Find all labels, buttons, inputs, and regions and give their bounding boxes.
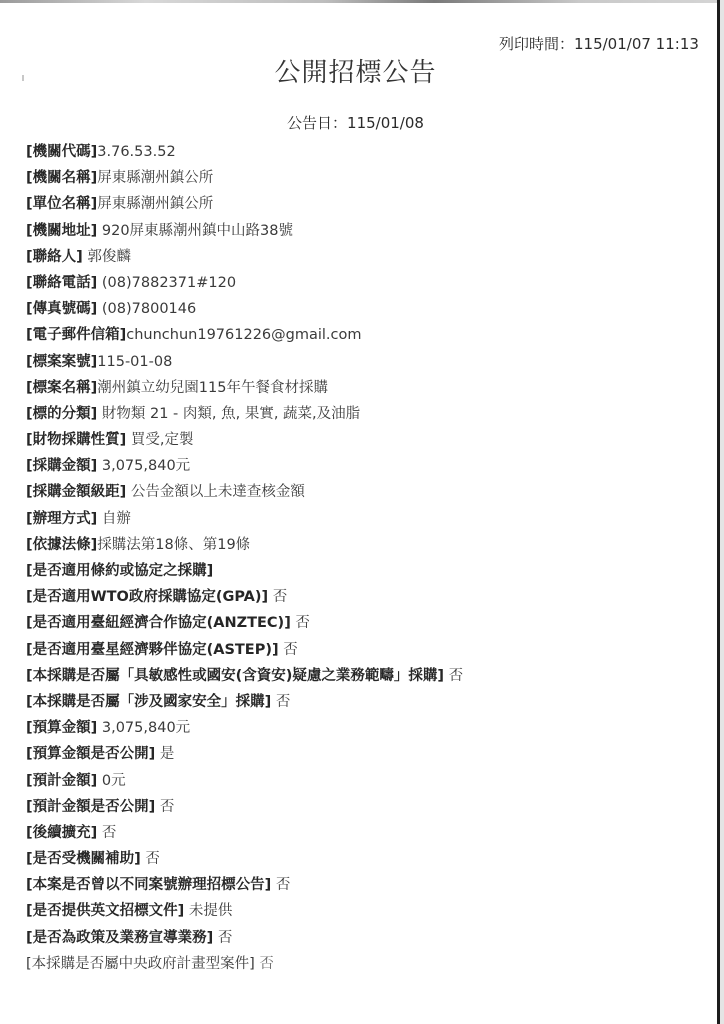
field-value: 否: [268, 589, 287, 605]
field-estimated-amount: [預計金額] 0元: [26, 770, 463, 796]
field-contact-phone: [聯絡電話] (08)7882371#120: [26, 272, 463, 298]
field-value: 潮州鎮立幼兒園115年午餐食材採購: [97, 380, 328, 396]
field-english-documents: [是否提供英文招標文件] 未提供: [26, 900, 463, 926]
field-label: [標的分類]: [26, 406, 97, 422]
field-value: 否: [255, 956, 274, 972]
field-label: [是否提供英文招標文件]: [26, 903, 184, 919]
field-value: 否: [271, 694, 290, 710]
print-time: 列印時間：115/01/07 11:13: [499, 33, 699, 54]
field-treaty-applicable: [是否適用條約或協定之採購]: [26, 560, 463, 586]
field-value: 屏東縣潮州鎮公所: [97, 170, 213, 186]
field-value: 否: [271, 877, 290, 893]
field-value: (08)7800146: [97, 301, 196, 317]
field-value: 買受,定製: [126, 432, 193, 448]
field-label: [本採購是否屬「涉及國家安全」採購]: [26, 694, 271, 710]
field-future-expansion: [後續擴充] 否: [26, 822, 463, 848]
field-value: 否: [279, 642, 298, 658]
field-label: [財物採購性質]: [26, 432, 126, 448]
field-agency-address: [機關地址] 920屏東縣潮州鎮中山路38號: [26, 220, 463, 246]
announce-date: 公告日：115/01/08: [0, 112, 711, 133]
field-policy-promotion: [是否為政策及業務宣導業務] 否: [26, 927, 463, 953]
field-value: 郭俊麟: [83, 249, 131, 265]
field-value: 財物類 21 - 肉類, 魚, 果實, 蔬菜,及油脂: [97, 406, 360, 422]
field-value: 否: [155, 799, 174, 815]
field-label: [標案案號]: [26, 354, 97, 370]
field-label: [本案是否曾以不同案號辦理招標公告]: [26, 877, 271, 893]
field-label: [預計金額]: [26, 773, 97, 789]
field-label: [機關名稱]: [26, 170, 97, 186]
field-value: 115-01-08: [97, 354, 172, 370]
field-label: [單位名稱]: [26, 196, 97, 212]
field-estimated-public: [預計金額是否公開] 否: [26, 796, 463, 822]
tender-field-list: [機關代碼]3.76.53.52 [機關名稱]屏東縣潮州鎮公所 [單位名稱]屏東…: [26, 141, 463, 979]
field-value: 否: [97, 825, 116, 841]
field-value: 公告金額以上未達查核金額: [126, 484, 305, 500]
field-label: [採購金額級距]: [26, 484, 126, 500]
field-value: chunchun19761226@gmail.com: [126, 327, 361, 343]
field-fax-number: [傳真號碼] (08)7800146: [26, 298, 463, 324]
field-label: [是否為政策及業務宣導業務]: [26, 930, 213, 946]
field-amount-tier: [採購金額級距] 公告金額以上未達查核金額: [26, 481, 463, 507]
field-national-security: [本採購是否屬「涉及國家安全」採購] 否: [26, 691, 463, 717]
field-value: 0元: [97, 773, 125, 789]
field-case-name: [標案名稱]潮州鎮立幼兒園115年午餐食材採購: [26, 377, 463, 403]
field-anztec: [是否適用臺紐經濟合作協定(ANZTEC)] 否: [26, 612, 463, 638]
field-value: 3.76.53.52: [97, 144, 175, 160]
field-value: 920屏東縣潮州鎮中山路38號: [97, 223, 293, 239]
field-prior-tender-other-case: [本案是否曾以不同案號辦理招標公告] 否: [26, 874, 463, 900]
field-budget-public: [預算金額是否公開] 是: [26, 743, 463, 769]
field-wto-gpa: [是否適用WTO政府採購協定(GPA)] 否: [26, 586, 463, 612]
field-label: [是否適用臺紐經濟合作協定(ANZTEC)]: [26, 615, 291, 631]
scan-right-margin: [720, 0, 724, 1024]
field-subject-category: [標的分類] 財物類 21 - 肉類, 魚, 果實, 蔬菜,及油脂: [26, 403, 463, 429]
field-label: [傳真號碼]: [26, 301, 97, 317]
field-agency-subsidy: [是否受機關補助] 否: [26, 848, 463, 874]
field-procurement-amount: [採購金額] 3,075,840元: [26, 455, 463, 481]
field-label: [後續擴充]: [26, 825, 97, 841]
field-label: [是否受機關補助]: [26, 851, 141, 867]
field-value: 採購法第18條、第19條: [97, 537, 250, 553]
field-value: 3,075,840元: [97, 458, 190, 474]
field-label: [預算金額]: [26, 720, 97, 736]
field-value: 3,075,840元: [97, 720, 190, 736]
field-budget-amount: [預算金額] 3,075,840元: [26, 717, 463, 743]
field-label: [標案名稱]: [26, 380, 97, 396]
field-value: 自辦: [97, 511, 131, 527]
field-handling-method: [辦理方式] 自辦: [26, 508, 463, 534]
field-contact-person: [聯絡人] 郭俊麟: [26, 246, 463, 272]
field-value: 是: [155, 746, 174, 762]
field-value: 否: [444, 668, 463, 684]
field-value: 未提供: [184, 903, 232, 919]
field-procurement-nature: [財物採購性質] 買受,定製: [26, 429, 463, 455]
field-legal-basis: [依據法條]採購法第18條、第19條: [26, 534, 463, 560]
field-label: [是否適用條約或協定之採購]: [26, 563, 213, 579]
field-label: [辦理方式]: [26, 511, 97, 527]
field-astep: [是否適用臺星經濟夥伴協定(ASTEP)] 否: [26, 639, 463, 665]
field-label: [依據法條]: [26, 537, 97, 553]
field-sensitive-security: [本採購是否屬「具敏感性或國安(含資安)疑慮之業務範疇」採購] 否: [26, 665, 463, 691]
scan-top-shadow: [0, 0, 724, 3]
field-value: (08)7882371#120: [97, 275, 236, 291]
page-title: 公開招標公告: [0, 52, 711, 89]
field-agency-name: [機關名稱]屏東縣潮州鎮公所: [26, 167, 463, 193]
field-label: [聯絡人]: [26, 249, 83, 265]
field-label: [聯絡電話]: [26, 275, 97, 291]
field-central-gov-project: [本採購是否屬中央政府計畫型案件] 否: [26, 953, 463, 979]
field-value: 否: [213, 930, 232, 946]
field-value: 否: [141, 851, 160, 867]
field-label: [是否適用WTO政府採購協定(GPA)]: [26, 589, 268, 605]
field-value: 否: [291, 615, 310, 631]
field-label: [預計金額是否公開]: [26, 799, 155, 815]
field-value: 屏東縣潮州鎮公所: [97, 196, 213, 212]
field-label: [本採購是否屬中央政府計畫型案件]: [26, 956, 255, 972]
field-label: [是否適用臺星經濟夥伴協定(ASTEP)]: [26, 642, 279, 658]
field-label: [機關地址]: [26, 223, 97, 239]
field-agency-code: [機關代碼]3.76.53.52: [26, 141, 463, 167]
field-case-number: [標案案號]115-01-08: [26, 351, 463, 377]
field-label: [採購金額]: [26, 458, 97, 474]
field-label: [預算金額是否公開]: [26, 746, 155, 762]
field-email: [電子郵件信箱]chunchun19761226@gmail.com: [26, 324, 463, 350]
field-unit-name: [單位名稱]屏東縣潮州鎮公所: [26, 193, 463, 219]
field-label: [本採購是否屬「具敏感性或國安(含資安)疑慮之業務範疇」採購]: [26, 668, 444, 684]
field-label: [電子郵件信箱]: [26, 327, 126, 343]
field-label: [機關代碼]: [26, 144, 97, 160]
